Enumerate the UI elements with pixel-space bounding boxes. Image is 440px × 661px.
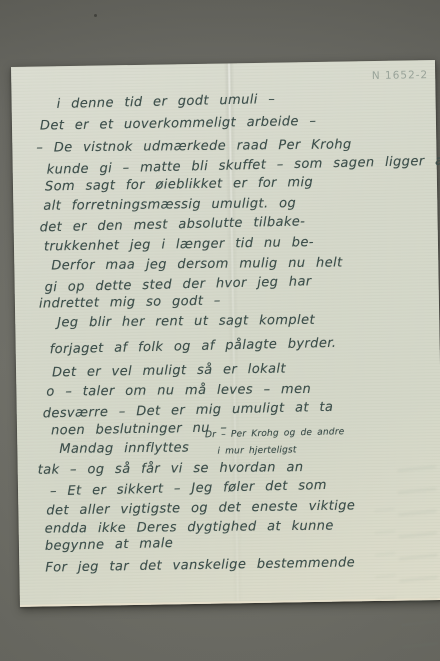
handwritten-line: Det er et uoverkommeligt arbeide – <box>40 114 317 134</box>
handwritten-line: Mandag innflyttes <box>59 440 189 456</box>
handwritten-line: – Et er sikkert – Jeg føler det som <box>50 478 327 499</box>
catalog-number: N 1652-2 <box>372 69 429 82</box>
handwritten-line: For jeg tar det vanskelige bestemmende <box>45 555 355 575</box>
handwritten-line: noen beslutninger nu – <box>51 420 227 438</box>
handwritten-line: tak – og så får vi se hvordan an <box>38 460 304 478</box>
handwritten-line: det er den mest absolutte tilbake- <box>40 214 306 235</box>
handwritten-line: i mur hjerteligst <box>217 445 296 456</box>
handwritten-line: kunde gi – matte bli skuffet – som sagen… <box>47 153 440 177</box>
ink-bleedthrough <box>398 460 439 651</box>
handwritten-line: o – taler om nu må leves – men <box>46 382 311 400</box>
handwritten-line: Det er vel muligt så er lokalt <box>52 361 286 380</box>
handwritten-line: alt forretningsmæssig umuligt. og <box>43 196 296 214</box>
handwritten-line: begynne at male <box>45 536 174 554</box>
handwritten-line: – De vistnok udmærkede raad Per Krohg <box>36 137 351 155</box>
handwritten-line: endda ikke Deres dygtighed at kunne <box>45 519 334 537</box>
handwritten-line: Jeg blir her rent ut sagt komplet <box>57 313 315 331</box>
handwritten-line: Som sagt for øieblikket er for mig <box>45 175 313 194</box>
handwriting-block: i denne tid er godt umuli –Det er et uov… <box>11 60 435 67</box>
letter-page: N 1652-2 i denne tid er godt umuli –Det … <box>11 60 440 607</box>
handwritten-line: det aller vigtigste og det eneste viktig… <box>46 498 355 518</box>
handwritten-line: i denne tid er godt umuli – <box>56 92 275 112</box>
handwritten-line: Dr – Per Krohg og de andre <box>205 427 345 440</box>
dust-speck <box>94 14 97 17</box>
handwritten-line: indrettet mig so godt – <box>39 294 221 312</box>
handwritten-line: forjaget af folk og af pålagte byrder. <box>50 336 337 358</box>
photo-background: N 1652-2 i denne tid er godt umuli –Det … <box>0 0 440 661</box>
handwritten-line: Derfor maa jeg dersom mulig nu helt <box>51 255 342 273</box>
handwritten-line: desværre – Det er mig umuligt at ta <box>43 400 334 422</box>
handwritten-line: trukkenhet jeg i længer tid nu be- <box>44 235 314 254</box>
handwritten-line: gi op dette sted der hvor jeg har <box>44 274 311 295</box>
ink-bleedthrough <box>374 501 396 621</box>
